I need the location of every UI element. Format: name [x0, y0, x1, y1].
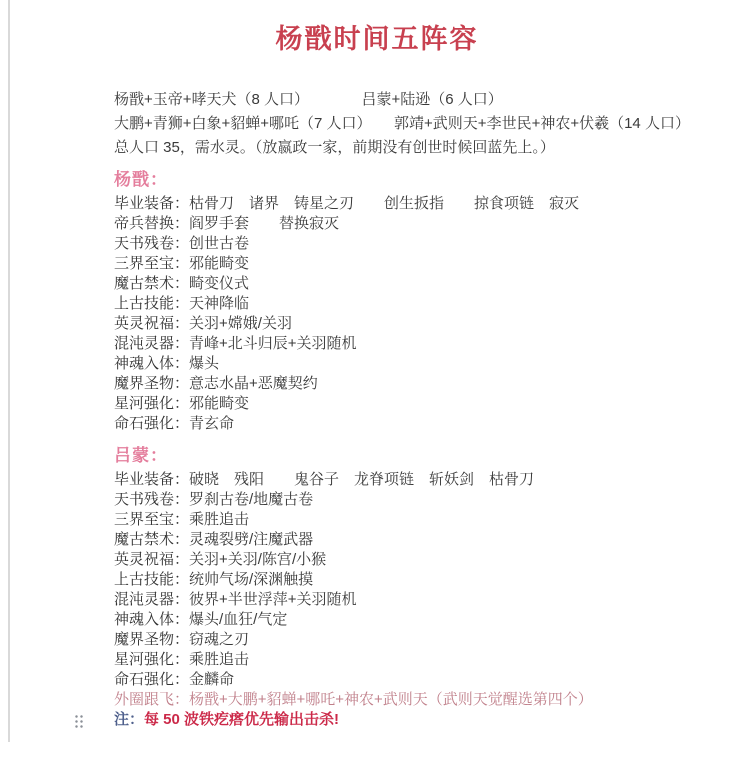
attribute-label: 神魂入体： — [114, 611, 189, 628]
attribute-value: 青玄命 — [189, 415, 234, 432]
attribute-row: 命石强化：金麟命 — [114, 670, 724, 690]
attribute-row: 混沌灵器：青峰+北斗归辰+关羽随机 — [114, 334, 724, 354]
attribute-value: 破晓 残阳 鬼谷子 龙脊项链 斩妖剑 枯骨刀 — [189, 471, 534, 488]
attribute-value: 统帅气场/深渊触摸 — [189, 571, 313, 588]
intro-line-population: 总人口 35，需水灵。（放嬴政一家，前期没有创世时候回蓝先上。） — [114, 136, 724, 160]
attribute-row: 神魂入体：爆头 — [114, 354, 724, 374]
attribute-label: 上古技能： — [114, 571, 189, 588]
attribute-row: 英灵祝福：关羽+关羽/陈宫/小猴 — [114, 550, 724, 570]
attribute-value: 枯骨刀 诸界 铸星之刃 创生扳指 掠食项链 寂灭 — [189, 195, 579, 212]
attribute-label: 神魂入体： — [114, 355, 189, 372]
attribute-row: 毕业装备：破晓 残阳 鬼谷子 龙脊项链 斩妖剑 枯骨刀 — [114, 470, 724, 490]
attribute-value: 天神降临 — [189, 295, 249, 312]
section-rows: 毕业装备：破晓 残阳 鬼谷子 龙脊项链 斩妖剑 枯骨刀天书残卷：罗刹古卷/地魔古… — [114, 470, 724, 690]
attribute-label: 魔界圣物： — [114, 631, 189, 648]
attribute-value: 乘胜追击 — [189, 511, 249, 528]
attribute-label: 三界至宝： — [114, 255, 189, 272]
footer: 外圈跟飞：杨戬+大鹏+貂蝉+哪吒+神农+武则天（武则天觉醒选第四个） 注：每 5… — [114, 690, 724, 730]
attribute-label: 混沌灵器： — [114, 335, 189, 352]
attribute-row: 神魂入体：爆头/血狂/气定 — [114, 610, 724, 630]
attribute-row: 魔界圣物：意志水晶+恶魔契约 — [114, 374, 724, 394]
attribute-label: 天书残卷： — [114, 235, 189, 252]
attribute-label: 魔古禁术： — [114, 531, 189, 548]
attribute-value: 罗刹古卷/地魔古卷 — [189, 491, 313, 508]
attribute-row: 混沌灵器：彼界+半世浮萍+关羽随机 — [114, 590, 724, 610]
attribute-row: 星河强化：邪能畸变 — [114, 394, 724, 414]
attribute-value: 青峰+北斗归辰+关羽随机 — [189, 335, 357, 352]
attribute-label: 上古技能： — [114, 295, 189, 312]
note-line: 注：每 50 波铁疙瘩优先输出击杀! — [114, 710, 724, 730]
attribute-row: 英灵祝福：关羽+嫦娥/关羽 — [114, 314, 724, 334]
attribute-value: 畸变仪式 — [189, 275, 249, 292]
attribute-label: 命石强化： — [114, 671, 189, 688]
attribute-label: 魔界圣物： — [114, 375, 189, 392]
attribute-value: 阎罗手套 替换寂灭 — [189, 215, 339, 232]
intro-line-teams-1: 杨戬+玉帝+哮天犬（8 人口） 吕蒙+陆逊（6 人口） — [114, 88, 724, 112]
section-title: 杨戬： — [114, 168, 724, 192]
attribute-label: 三界至宝： — [114, 511, 189, 528]
attribute-label: 英灵祝福： — [114, 551, 189, 568]
attribute-value: 彼界+半世浮萍+关羽随机 — [189, 591, 357, 608]
sections: 杨戬： 毕业装备：枯骨刀 诸界 铸星之刃 创生扳指 掠食项链 寂灭帝兵替换：阎罗… — [114, 168, 724, 690]
attribute-value: 创世古卷 — [189, 235, 249, 252]
orbit-follow-line: 外圈跟飞：杨戬+大鹏+貂蝉+哪吒+神农+武则天（武则天觉醒选第四个） — [114, 690, 724, 710]
document-content: 杨戬+玉帝+哮天犬（8 人口） 吕蒙+陆逊（6 人口） 大鹏+青狮+白象+貂蝉+… — [0, 88, 754, 730]
attribute-label: 命石强化： — [114, 415, 189, 432]
attribute-row: 帝兵替换：阎罗手套 替换寂灭 — [114, 214, 724, 234]
attribute-label: 星河强化： — [114, 651, 189, 668]
attribute-label: 混沌灵器： — [114, 591, 189, 608]
note-label: 注： — [114, 711, 144, 728]
attribute-value: 金麟命 — [189, 671, 234, 688]
attribute-row: 天书残卷：创世古卷 — [114, 234, 724, 254]
drag-handle-icon — [74, 714, 83, 728]
note-warning-text: 每 50 波铁疙瘩优先输出击杀! — [144, 711, 339, 728]
hero-section: 杨戬： 毕业装备：枯骨刀 诸界 铸星之刃 创生扳指 掠食项链 寂灭帝兵替换：阎罗… — [114, 168, 724, 434]
attribute-label: 帝兵替换： — [114, 215, 189, 232]
intro-paragraph: 杨戬+玉帝+哮天犬（8 人口） 吕蒙+陆逊（6 人口） 大鹏+青狮+白象+貂蝉+… — [114, 88, 724, 160]
hero-section: 吕蒙： 毕业装备：破晓 残阳 鬼谷子 龙脊项链 斩妖剑 枯骨刀天书残卷：罗刹古卷… — [114, 444, 724, 690]
intro-line-teams-2: 大鹏+青狮+白象+貂蝉+哪吒（7 人口） 郭靖+武则天+李世民+神农+伏羲（14… — [114, 112, 724, 136]
attribute-value: 乘胜追击 — [189, 651, 249, 668]
attribute-label: 天书残卷： — [114, 491, 189, 508]
attribute-value: 意志水晶+恶魔契约 — [189, 375, 318, 392]
attribute-row: 天书残卷：罗刹古卷/地魔古卷 — [114, 490, 724, 510]
attribute-label: 英灵祝福： — [114, 315, 189, 332]
attribute-row: 上古技能：天神降临 — [114, 294, 724, 314]
attribute-label: 毕业装备： — [114, 471, 189, 488]
attribute-value: 关羽+关羽/陈宫/小猴 — [189, 551, 326, 568]
attribute-row: 三界至宝：邪能畸变 — [114, 254, 724, 274]
attribute-row: 星河强化：乘胜追击 — [114, 650, 724, 670]
attribute-value: 邪能畸变 — [189, 395, 249, 412]
attribute-row: 魔界圣物：窃魂之刃 — [114, 630, 724, 650]
attribute-value: 窃魂之刃 — [189, 631, 249, 648]
attribute-row: 上古技能：统帅气场/深渊触摸 — [114, 570, 724, 590]
left-border-rule — [8, 0, 10, 742]
attribute-value: 邪能畸变 — [189, 255, 249, 272]
attribute-value: 关羽+嫦娥/关羽 — [189, 315, 292, 332]
attribute-row: 三界至宝：乘胜追击 — [114, 510, 724, 530]
attribute-label: 毕业装备： — [114, 195, 189, 212]
attribute-value: 爆头/血狂/气定 — [189, 611, 287, 628]
section-rows: 毕业装备：枯骨刀 诸界 铸星之刃 创生扳指 掠食项链 寂灭帝兵替换：阎罗手套 替… — [114, 194, 724, 434]
section-title: 吕蒙： — [114, 444, 724, 468]
attribute-row: 魔古禁术：灵魂裂劈/注魔武器 — [114, 530, 724, 550]
page-title: 杨戬时间五阵容 — [0, 22, 754, 56]
attribute-row: 魔古禁术：畸变仪式 — [114, 274, 724, 294]
attribute-row: 命石强化：青玄命 — [114, 414, 724, 434]
attribute-value: 爆头 — [189, 355, 219, 372]
attribute-row: 毕业装备：枯骨刀 诸界 铸星之刃 创生扳指 掠食项链 寂灭 — [114, 194, 724, 214]
attribute-label: 星河强化： — [114, 395, 189, 412]
attribute-label: 魔古禁术： — [114, 275, 189, 292]
attribute-value: 灵魂裂劈/注魔武器 — [189, 531, 313, 548]
